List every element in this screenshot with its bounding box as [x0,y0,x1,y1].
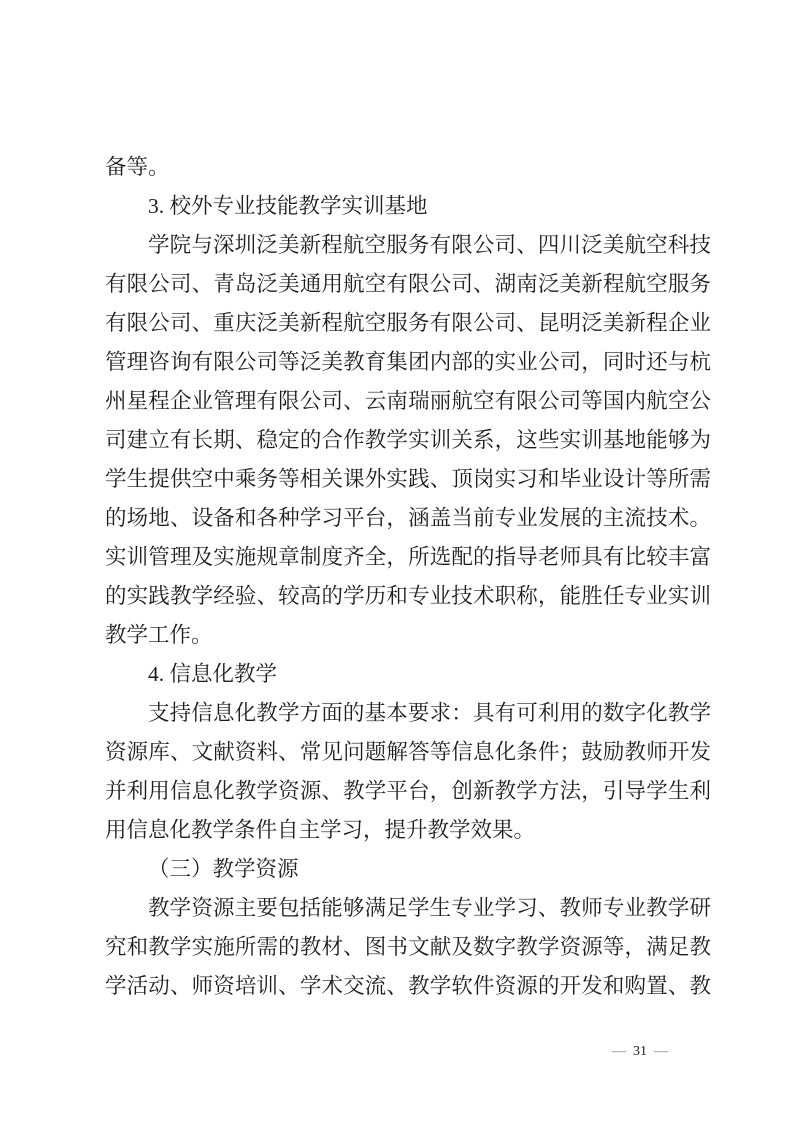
text-line: 4. 信息化教学 [105,655,711,694]
text-line: 州星程企业管理有限公司、云南瑞丽航空有限公司等国内航空公 [105,382,711,421]
text-line: 教学资源主要包括能够满足学生专业学习、教师专业教学研 [105,889,711,928]
text-line: 有限公司、重庆泛美新程航空服务有限公司、昆明泛美新程企业 [105,304,711,343]
text-line: 支持信息化教学方面的基本要求：具有可利用的数字化教学 [105,694,711,733]
text-line: 学生提供空中乘务等相关课外实践、顶岗实习和毕业设计等所需 [105,460,711,499]
text-line: 学院与深圳泛美新程航空服务有限公司、四川泛美航空科技 [105,226,711,265]
text-line: 用信息化教学条件自主学习，提升教学效果。 [105,811,711,850]
page-number: 31 [633,1044,647,1059]
text-line: 3. 校外专业技能教学实训基地 [105,187,711,226]
text-line: 学活动、师资培训、学术交流、教学软件资源的开发和购置、教 [105,967,711,1006]
text-line: 教学工作。 [105,616,711,655]
text-line: 司建立有长期、稳定的合作教学实训关系，这些实训基地能够为 [105,421,711,460]
text-line: 实训管理及实施规章制度齐全，所选配的指导老师具有比较丰富 [105,538,711,577]
document-page: 备等。3. 校外专业技能教学实训基地学院与深圳泛美新程航空服务有限公司、四川泛美… [0,0,793,1122]
text-line: 备等。 [105,148,711,187]
text-line: 的实践教学经验、较高的学历和专业技术职称，能胜任专业实训 [105,577,711,616]
text-line: 资源库、文献资料、常见问题解答等信息化条件；鼓励教师开发 [105,733,711,772]
document-body: 备等。3. 校外专业技能教学实训基地学院与深圳泛美新程航空服务有限公司、四川泛美… [105,148,711,1006]
page-footer: —31— [605,1042,675,1062]
text-line: 并利用信息化教学资源、教学平台，创新教学方法，引导学生利 [105,772,711,811]
page-number-dash-right: — [647,1044,675,1059]
text-line: 有限公司、青岛泛美通用航空有限公司、湖南泛美新程航空服务 [105,265,711,304]
page-number-dash-left: — [605,1044,633,1059]
text-line: 的场地、设备和各种学习平台，涵盖当前专业发展的主流技术。 [105,499,711,538]
text-line: 究和教学实施所需的教材、图书文献及数字教学资源等，满足教 [105,928,711,967]
text-line: 管理咨询有限公司等泛美教育集团内部的实业公司，同时还与杭 [105,343,711,382]
text-line: （三）教学资源 [105,850,711,889]
